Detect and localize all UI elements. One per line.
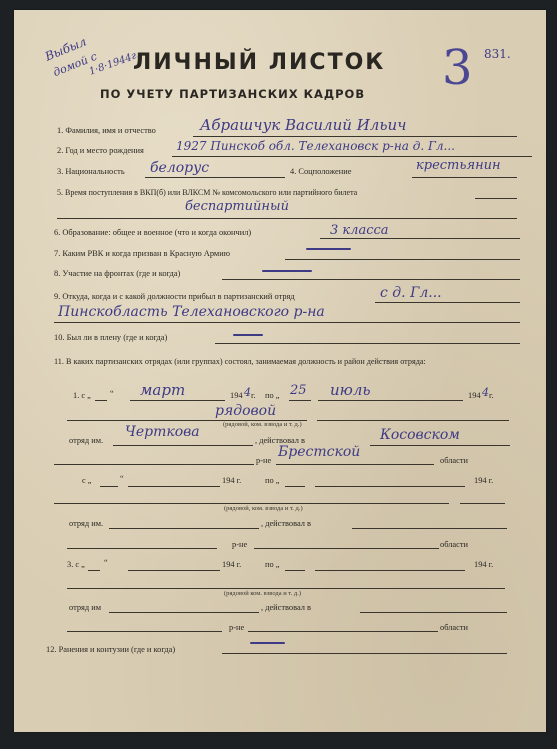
entry1-detachment-label: отряд им. [69,436,103,445]
field-2-label: 2. Год и место рождения [57,146,144,155]
entry2-quote: “ [120,474,124,483]
field-10-label: 10. Был ли в плену (где и когда) [54,333,167,342]
entry1-oblast-label: области [440,456,468,465]
entry3-oblast-label: области [440,623,468,632]
field-12-label: 12. Ранения и контузии (где и когда) [46,645,175,654]
entry3-detachment-label: отряд им [69,603,101,612]
blank-dash-7 [306,248,351,250]
entry1-to-month: июль [330,381,371,399]
entry1-year-to-digit: 4 [482,386,489,399]
entry1-to-day: 25 [290,383,307,398]
entry1-year-from-digit: 4 [244,386,251,399]
entry1-g: г. [251,391,256,400]
document-subtitle: ПО УЧЕТУ ПАРТИЗАНСКИХ КАДРОВ [100,87,365,101]
field-11-label: 11. В каких партизанских отрядах (или гр… [54,356,514,367]
entry1-from-month: март [140,381,185,399]
education-value: 3 класса [330,223,389,238]
entry1-position: рядовой [215,403,276,419]
entry3-year-from: 194 г. [222,560,241,569]
entry3-quote: “ [104,558,108,567]
entry2-po: по „ [265,476,279,485]
blank-dash-8 [262,270,312,272]
entry3-acted-label: , действовал в [261,603,311,612]
entry1-detachment: Черткова [125,424,200,440]
entry1-district: Косовском [380,427,460,443]
blank-dash-12 [250,642,285,644]
entry1-position-caption: (рядовой, ком. взвода и т. д.) [223,421,302,428]
field-8-label: 8. Участие на фронтах (где и когда) [54,269,180,278]
archive-number: 831. [484,47,511,61]
entry2-oblast-label: области [440,540,468,549]
arrival-value-line1: с д. Гл... [380,285,442,301]
entry2-detachment-label: отряд им. [69,519,103,528]
entry1-region: Брестской [278,444,360,460]
nationality-value: белорус [150,160,209,176]
entry3-position-caption: (рядовой ком. взвода и т. д.) [224,590,301,597]
social-status-value: крестьянин [416,158,501,173]
entry2-rayon-label: р-не [232,540,247,549]
entry3-prefix: 3. с „ [67,560,85,569]
arrival-value-line2: Пинскобласть Телехановского р-на [58,304,325,320]
field-1-label: 1. Фамилия, имя и отчество [57,126,156,135]
big-handwritten-number: 3 [442,40,473,96]
party-membership-value: беспартийный [185,199,289,214]
field-7-label: 7. Каким РВК и когда призван в Красную А… [54,249,230,258]
entry3-po: по „ [265,560,279,569]
field-3-label: 3. Национальность [57,167,125,176]
full-name-value: Абрашчук Василий Ильич [200,116,406,134]
field-6-label: 6. Образование: общее и военное (что и к… [54,228,251,237]
entry1-rayon-label: р-не [256,456,271,465]
entry1-quote: “ [110,389,114,398]
entry1-year-to: 194 [468,391,481,400]
field-9-label: 9. Откуда, когда и с какой должности при… [54,292,295,301]
entry3-rayon-label: р-не [229,623,244,632]
entry2-year-to: 194 г. [474,476,493,485]
entry2-acted-label: , действовал в [261,519,311,528]
entry2-year-from: 194 г. [222,476,241,485]
entry1-year-from: 194 [230,391,243,400]
blank-dash-10 [233,334,263,336]
entry1-po: по „ [265,391,279,400]
document-title: ЛИЧНЫЙ ЛИСТОК [133,50,385,75]
entry3-year-to: 194 г. [474,560,493,569]
entry2-prefix: с „ [82,476,92,485]
birth-value: 1927 Пинскоб обл. Телехановск р-на д. Гл… [176,139,455,153]
entry1-g2: г. [489,391,494,400]
field-4-label: 4. Соцположение [290,167,351,176]
entry1-prefix: 1. с „ [73,391,91,400]
field-5-label: 5. Время поступления в ВКП(б) или ВЛКСМ … [57,188,357,197]
entry2-position-caption: (рядовой, ком. взвода и т. д.) [224,505,303,512]
